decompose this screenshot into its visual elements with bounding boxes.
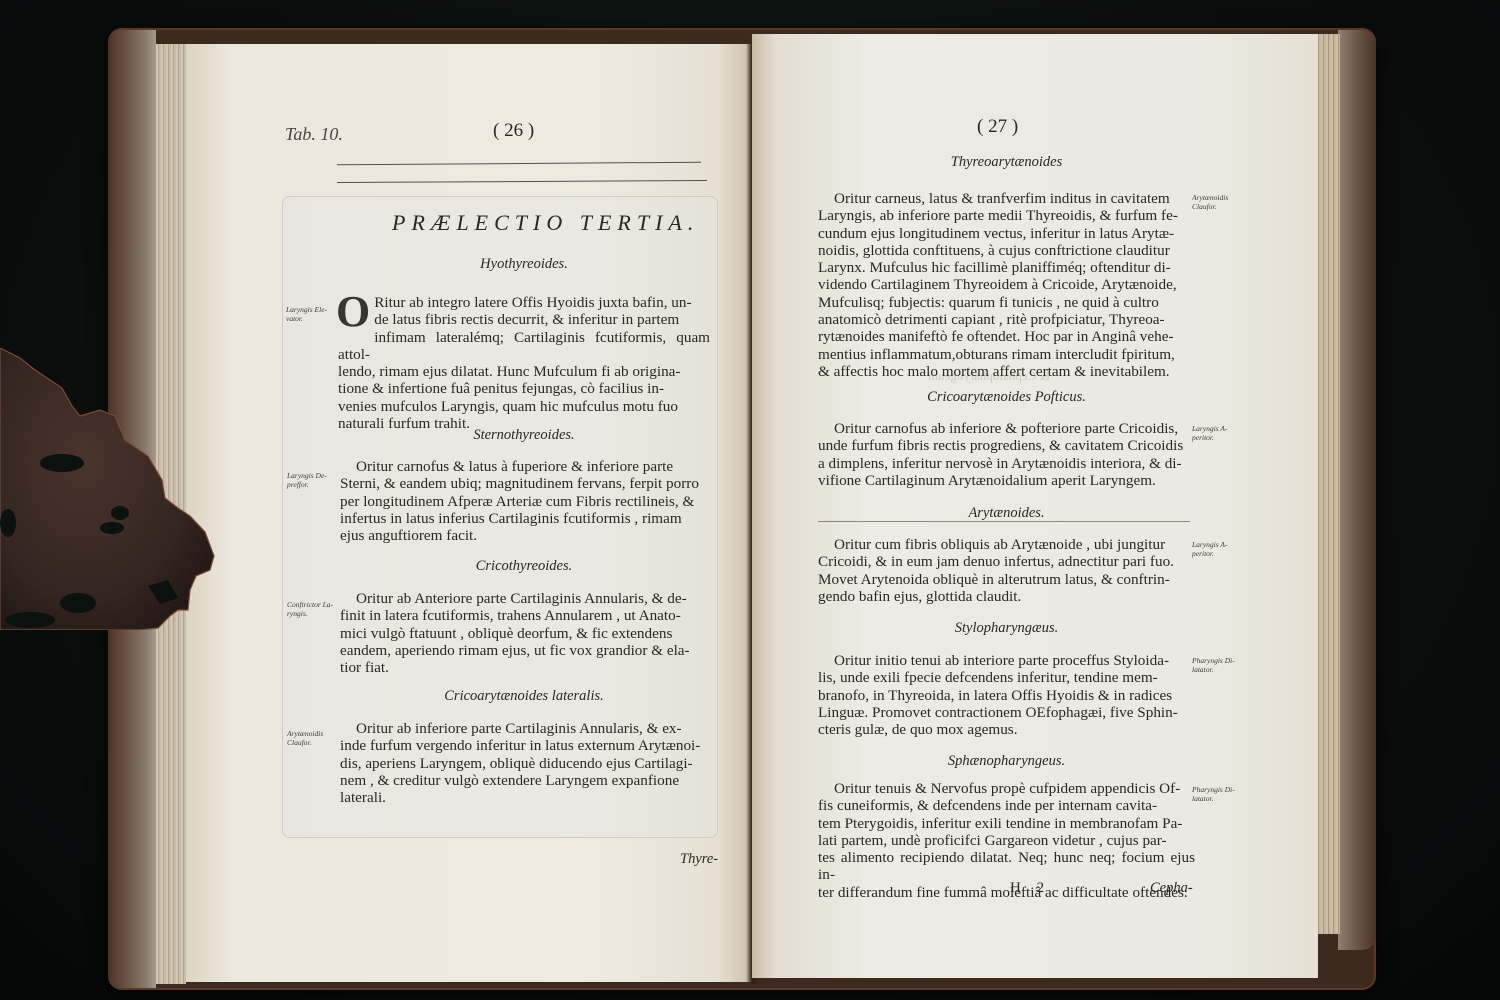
lecture-title: PRÆLECTIO TERTIA.	[392, 210, 699, 236]
section-heading: Cricoarytænoides Pofticus.	[818, 389, 1195, 406]
margin-note: Laryngis Ele- vator.	[286, 305, 327, 323]
drop-cap: O	[336, 294, 370, 330]
margin-note: Laryngis De- preffor.	[287, 471, 327, 489]
plate-reference: Tab. 10.	[285, 124, 343, 145]
metal-bookmark-icon	[0, 348, 220, 630]
margin-note: Conftrictor La- ryngis.	[287, 600, 333, 618]
section-paragraph: ORitur ab integro latere Offis Hyoidis j…	[338, 294, 710, 432]
page-number-right: ( 27 )	[977, 116, 1018, 138]
section-paragraph: Oritur carneus, latus & tranfverfim indi…	[818, 190, 1195, 380]
section-paragraph: Oritur initio tenui ab interiore parte p…	[818, 652, 1195, 738]
page-stack-right	[1316, 34, 1340, 934]
section-paragraph: Oritur ab Anteriore parte Cartilaginis A…	[340, 590, 712, 676]
section-paragraph: Oritur carnofus ab inferiore & pofterior…	[818, 420, 1195, 489]
margin-note: Arytænoidis Claufor.	[287, 729, 323, 747]
section-paragraph: Oritur carnofus & latus à fuperiore & in…	[340, 458, 712, 544]
catchword-right: Cepha-	[1150, 880, 1193, 897]
margin-note: Pharyngis Di- latator.	[1192, 656, 1235, 674]
section-heading: Sphænopharyngeus.	[818, 753, 1195, 770]
section-heading: Arytænoides.	[818, 505, 1195, 522]
section-heading: Cricothyreoides.	[336, 558, 712, 575]
cover-edge-right	[1338, 30, 1376, 950]
margin-note: Arytænoidis Claufor.	[1192, 193, 1228, 211]
section-heading: Stylopharyngæus.	[818, 620, 1195, 637]
section-heading: Sternothyreoides.	[336, 427, 712, 444]
section-paragraph: Oritur tenuis & Nervofus propè cufpidem …	[818, 780, 1195, 901]
page-number-left: ( 26 )	[493, 120, 534, 142]
section-paragraph: Oritur cum fibris obliquis ab Arytænoide…	[818, 536, 1195, 605]
margin-note: Laryngis A- peritor.	[1192, 540, 1228, 558]
margin-note: Laryngis A- peritor.	[1192, 424, 1228, 442]
section-heading: Hyothyreoides.	[336, 256, 712, 273]
section-heading: Thyreoarytænoides	[818, 154, 1195, 171]
margin-note: Pharyngis Di- latator.	[1192, 785, 1235, 803]
section-heading: Cricoarytænoides lateralis.	[336, 688, 712, 705]
section-paragraph: Oritur ab inferiore parte Cartilaginis A…	[340, 720, 712, 806]
catchword-left: Thyre-	[680, 851, 718, 868]
signature-mark: H 2	[1010, 880, 1050, 897]
